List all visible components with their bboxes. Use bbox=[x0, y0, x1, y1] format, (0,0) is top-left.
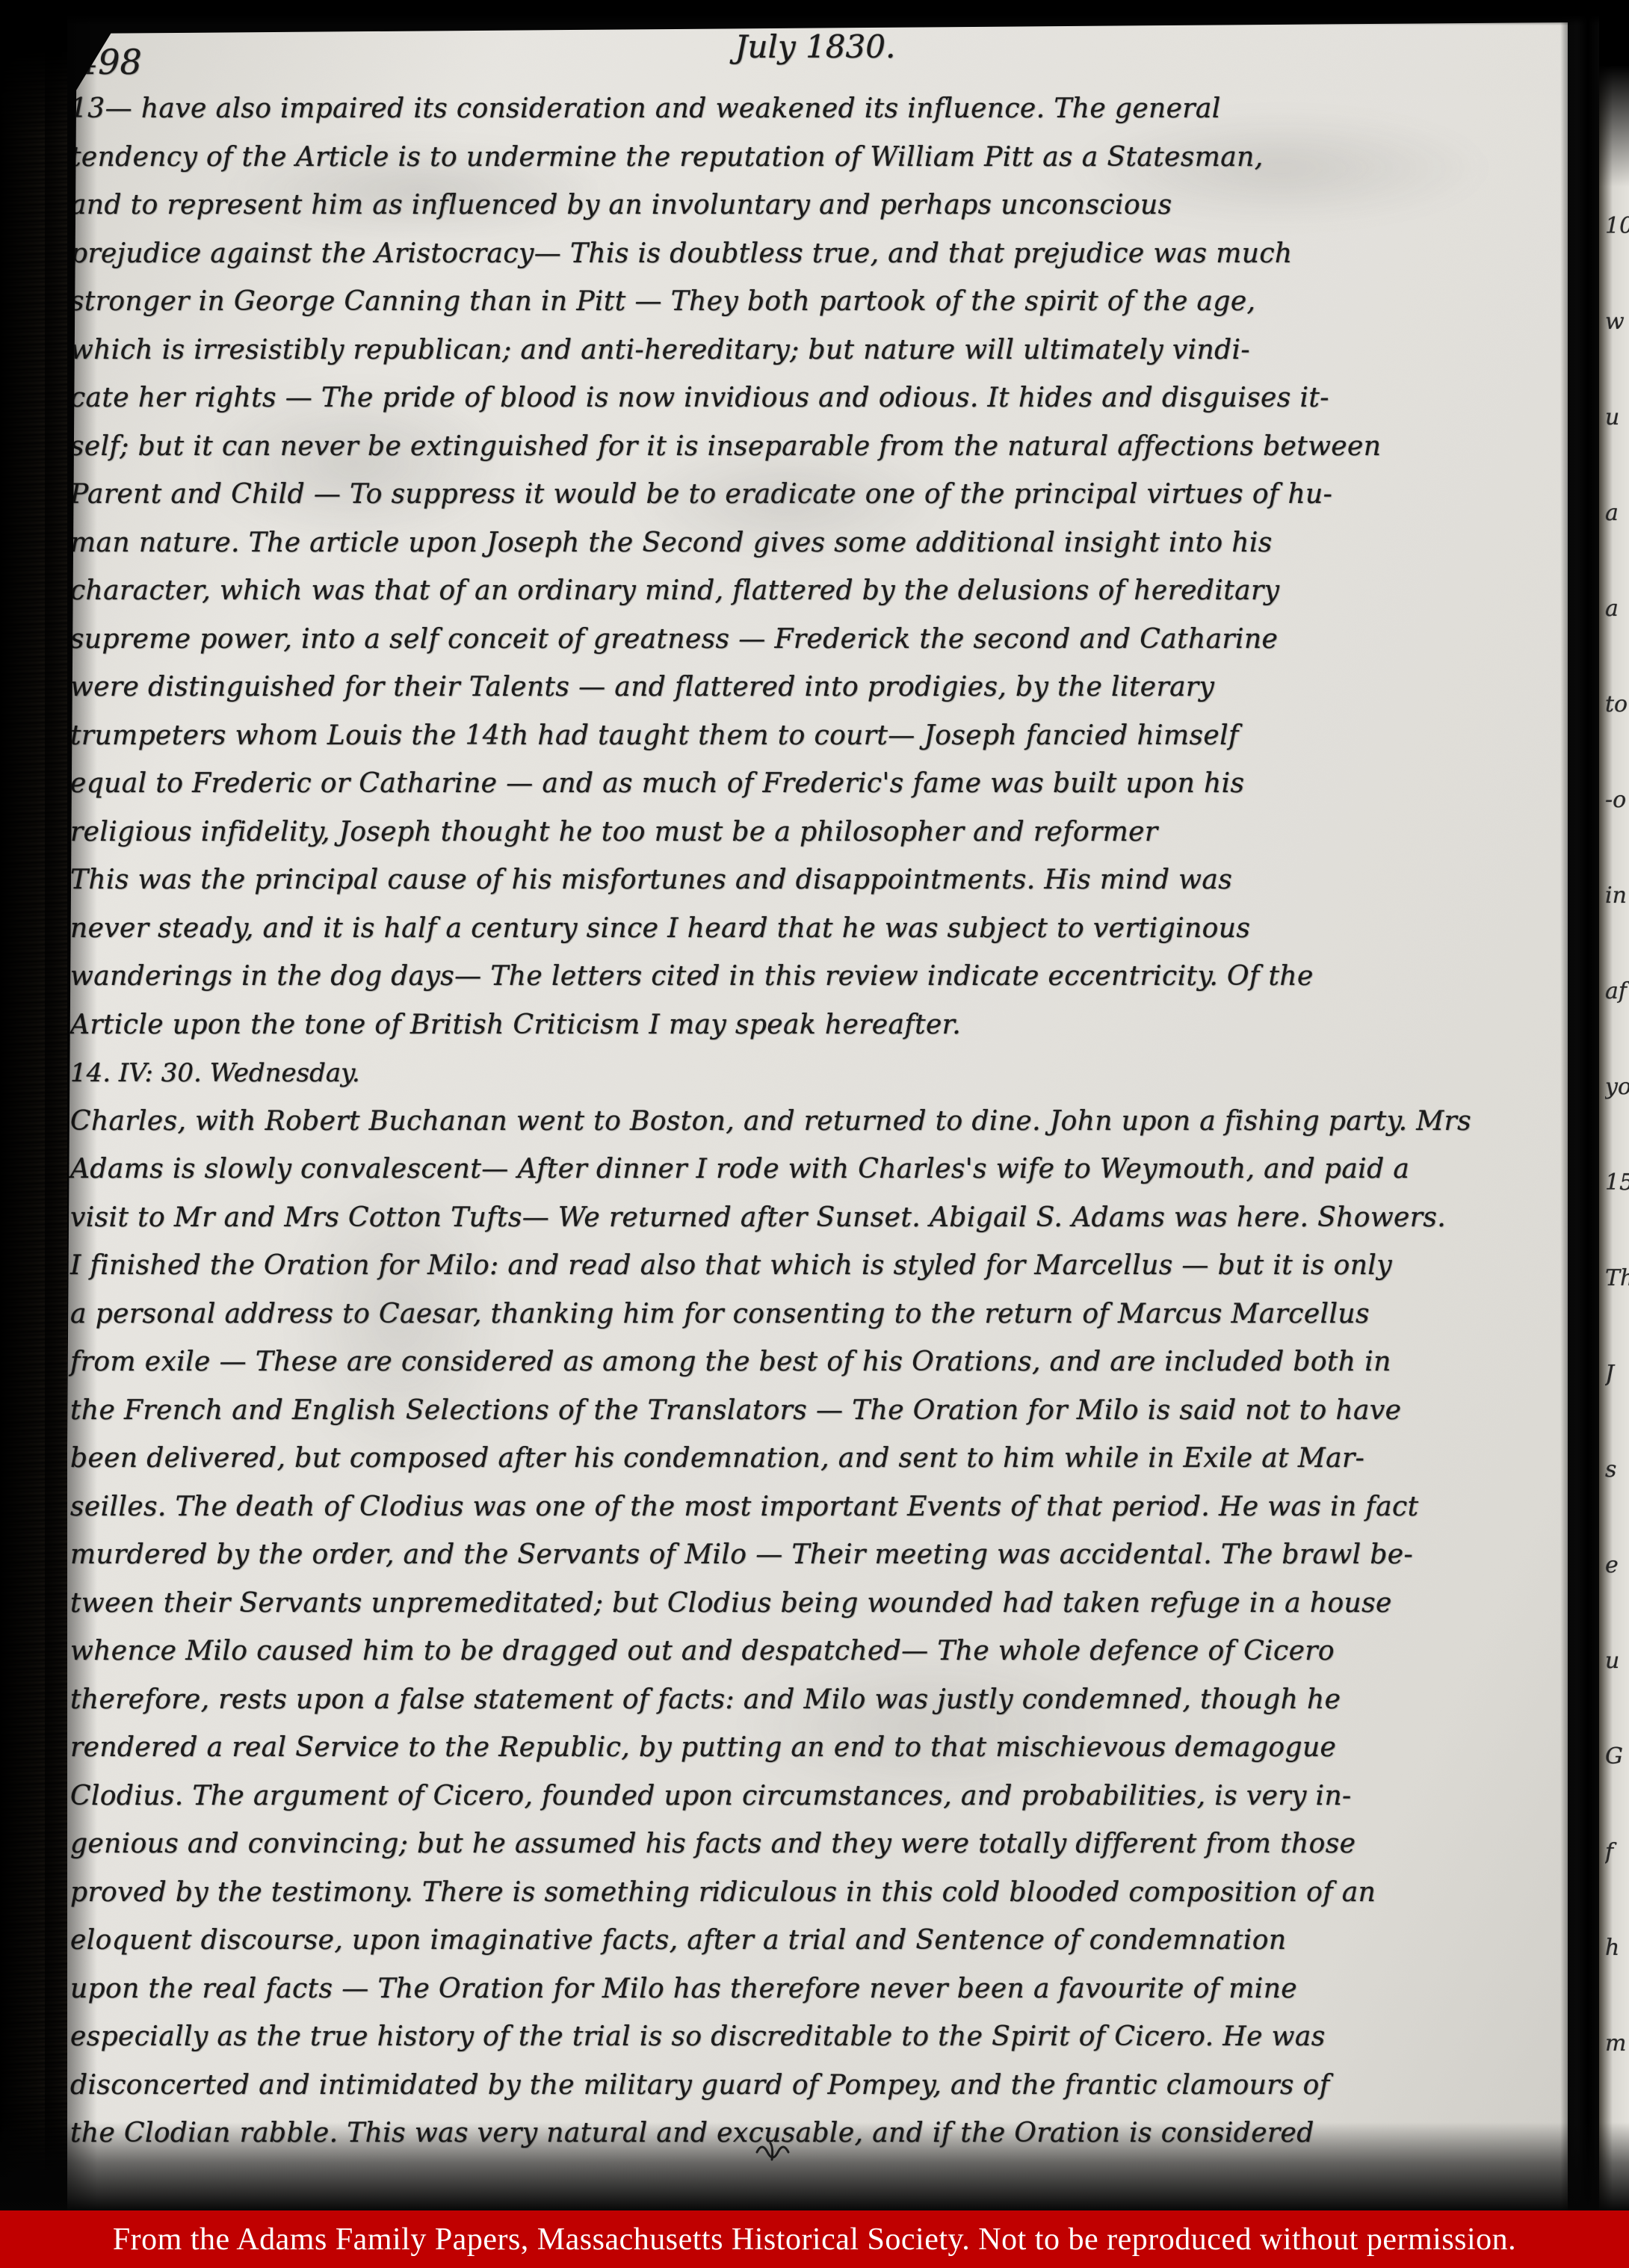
facing-page-fragment: yo bbox=[1605, 1074, 1629, 1100]
facing-page-fragment: a bbox=[1605, 500, 1629, 526]
facing-page-fragment: w bbox=[1605, 309, 1629, 335]
facing-page-fragment: J bbox=[1605, 1361, 1629, 1387]
manuscript-line: Parent and Child — To suppress it would … bbox=[70, 471, 1559, 519]
manuscript-line: never steady, and it is half a century s… bbox=[70, 905, 1559, 954]
photo-top-border bbox=[0, 0, 1629, 25]
manuscript-line: religious infidelity, Joseph thought he … bbox=[70, 809, 1559, 857]
manuscript-line: especially as the true history of the tr… bbox=[70, 2013, 1559, 2062]
manuscript-line: and to represent him as influenced by an… bbox=[70, 182, 1559, 230]
facing-page-fragment: af bbox=[1605, 978, 1629, 1004]
manuscript-line: supreme power, into a self conceit of gr… bbox=[70, 616, 1559, 664]
manuscript-line: equal to Frederic or Catharine — and as … bbox=[70, 760, 1559, 809]
facing-page-fragment: u bbox=[1605, 1648, 1629, 1674]
facing-page-fragment: G bbox=[1605, 1743, 1629, 1770]
facing-page-fragment: to bbox=[1605, 691, 1629, 717]
binding-shadow bbox=[45, 0, 97, 2268]
mhs-copyright-banner: From the Adams Family Papers, Massachuse… bbox=[0, 2210, 1629, 2268]
manuscript-line: upon the real facts — The Oration for Mi… bbox=[70, 1965, 1559, 2014]
manuscript-line: been delivered, but composed after his c… bbox=[70, 1435, 1559, 1483]
manuscript-line: from exile — These are considered as amo… bbox=[70, 1338, 1559, 1387]
diary-page: 498 July 1830. 13— have also impaired it… bbox=[63, 22, 1568, 2210]
facing-page-fragment: Th bbox=[1605, 1265, 1629, 1291]
month-year-header: July 1830. bbox=[63, 28, 1568, 65]
manuscript-line: murdered by the order, and the Servants … bbox=[70, 1531, 1559, 1580]
facing-page-edge: 10wuaato-oinafyo15ThJseuGfhm bbox=[1599, 0, 1629, 2268]
copyright-text: From the Adams Family Papers, Massachuse… bbox=[113, 2222, 1516, 2258]
manuscript-line: genious and convincing; but he assumed h… bbox=[70, 1820, 1559, 1869]
manuscript-line: proved by the testimony. There is someth… bbox=[70, 1869, 1559, 1918]
facing-page-fragment: 15 bbox=[1605, 1169, 1629, 1196]
manuscript-line: prejudice against the Aristocracy— This … bbox=[70, 230, 1559, 279]
facing-page-fragment: a bbox=[1605, 596, 1629, 622]
manuscript-line: seilles. The death of Clodius was one of… bbox=[70, 1483, 1559, 1532]
manuscript-line: I finished the Oration for Milo: and rea… bbox=[70, 1242, 1559, 1291]
photo-bottom-vignette bbox=[0, 2122, 1629, 2212]
manuscript-line: eloquent discourse, upon imaginative fac… bbox=[70, 1917, 1559, 1965]
manuscript-line: the French and English Selections of the… bbox=[70, 1387, 1559, 1436]
handwritten-text-block: 13— have also impaired its consideration… bbox=[70, 85, 1559, 2158]
facing-page-fragment: m bbox=[1605, 2030, 1629, 2057]
facing-page-fragment: u bbox=[1605, 404, 1629, 430]
facing-page-fragment: e bbox=[1605, 1552, 1629, 1578]
manuscript-line: wanderings in the dog days— The letters … bbox=[70, 953, 1559, 1001]
manuscript-line: trumpeters whom Louis the 14th had taugh… bbox=[70, 712, 1559, 761]
facing-page-fragment: h bbox=[1605, 1935, 1629, 1961]
facing-page-fragment: f bbox=[1605, 1839, 1629, 1865]
manuscript-line: rendered a real Service to the Republic,… bbox=[70, 1724, 1559, 1773]
scanned-diary-photo: 498 July 1830. 13— have also impaired it… bbox=[0, 0, 1629, 2268]
entry-date-heading: 14. IV: 30. Wednesday. bbox=[70, 1049, 1559, 1098]
manuscript-line: were distinguished for their Talents — a… bbox=[70, 664, 1559, 712]
manuscript-line: which is irresistibly republican; and an… bbox=[70, 327, 1559, 375]
facing-page-shadow bbox=[1599, 0, 1629, 187]
manuscript-line: stronger in George Canning than in Pitt … bbox=[70, 278, 1559, 327]
manuscript-line: visit to Mr and Mrs Cotton Tufts— We ret… bbox=[70, 1194, 1559, 1243]
manuscript-line: 13— have also impaired its consideration… bbox=[70, 85, 1559, 134]
manuscript-line: Clodius. The argument of Cicero, founded… bbox=[70, 1773, 1559, 1821]
manuscript-line: therefore, rests upon a false statement … bbox=[70, 1676, 1559, 1725]
manuscript-line: character, which was that of an ordinary… bbox=[70, 567, 1559, 616]
manuscript-line: tendency of the Article is to undermine … bbox=[70, 134, 1559, 182]
manuscript-line: Charles, with Robert Buchanan went to Bo… bbox=[70, 1098, 1559, 1146]
manuscript-line: Article upon the tone of British Critici… bbox=[70, 1001, 1559, 1050]
manuscript-line: whence Milo caused him to be dragged out… bbox=[70, 1628, 1559, 1676]
manuscript-line: tween their Servants unpremeditated; but… bbox=[70, 1580, 1559, 1628]
manuscript-line: Adams is slowly convalescent— After dinn… bbox=[70, 1146, 1559, 1194]
manuscript-line: cate her rights — The pride of blood is … bbox=[70, 374, 1559, 423]
facing-page-fragment: 10 bbox=[1605, 213, 1629, 239]
manuscript-line: man nature. The article upon Joseph the … bbox=[70, 519, 1559, 568]
facing-page-fragment: -o bbox=[1605, 787, 1629, 813]
manuscript-line: disconcerted and intimidated by the mili… bbox=[70, 2062, 1559, 2110]
manuscript-line: self; but it can never be extinguished f… bbox=[70, 423, 1559, 472]
facing-page-fragment: in bbox=[1605, 883, 1629, 909]
facing-page-fragment: s bbox=[1605, 1456, 1629, 1483]
manuscript-line: a personal address to Caesar, thanking h… bbox=[70, 1291, 1559, 1339]
manuscript-line: This was the principal cause of his misf… bbox=[70, 856, 1559, 905]
